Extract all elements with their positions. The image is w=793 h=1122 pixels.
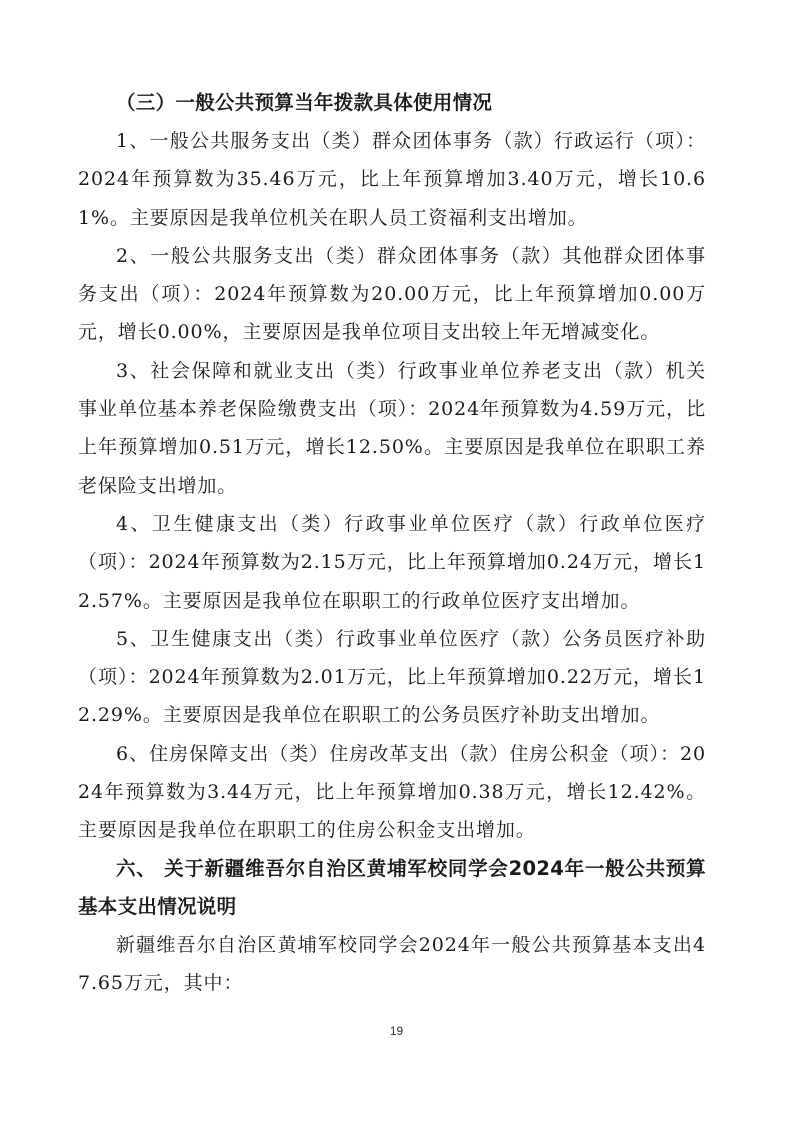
budget-item-5: 5、卫生健康支出（类）行政事业单位医疗（款）公务员医疗补助（项）：2024年预算… [78, 620, 706, 735]
budget-item-1: 1、一般公共服务支出（类）群众团体事务（款）行政运行（项）：2024年预算数为3… [78, 122, 706, 237]
budget-item-3: 3、社会保障和就业支出（类）行政事业单位养老支出（款）机关事业单位基本养老保险缴… [78, 352, 706, 505]
budget-item-4: 4、卫生健康支出（类）行政事业单位医疗（款）行政单位医疗（项）：2024年预算数… [78, 505, 706, 620]
budget-item-2: 2、一般公共服务支出（类）群众团体事务（款）其他群众团体事务支出（项）：2024… [78, 237, 706, 352]
document-page: （三）一般公共预算当年拨款具体使用情况 1、一般公共服务支出（类）群众团体事务（… [78, 84, 706, 1002]
section-heading: 六、 关于新疆维吾尔自治区黄埔军校同学会2024年一般公共预算基本支出情况说明 [78, 850, 706, 926]
section-intro: 新疆维吾尔自治区黄埔军校同学会2024年一般公共预算基本支出47.65万元，其中… [78, 926, 706, 1003]
subsection-heading: （三）一般公共预算当年拨款具体使用情况 [78, 84, 706, 122]
page-number: 19 [0, 1024, 793, 1038]
budget-item-6: 6、住房保障支出（类）住房改革支出（款）住房公积金（项）：2024年预算数为3.… [78, 735, 706, 850]
